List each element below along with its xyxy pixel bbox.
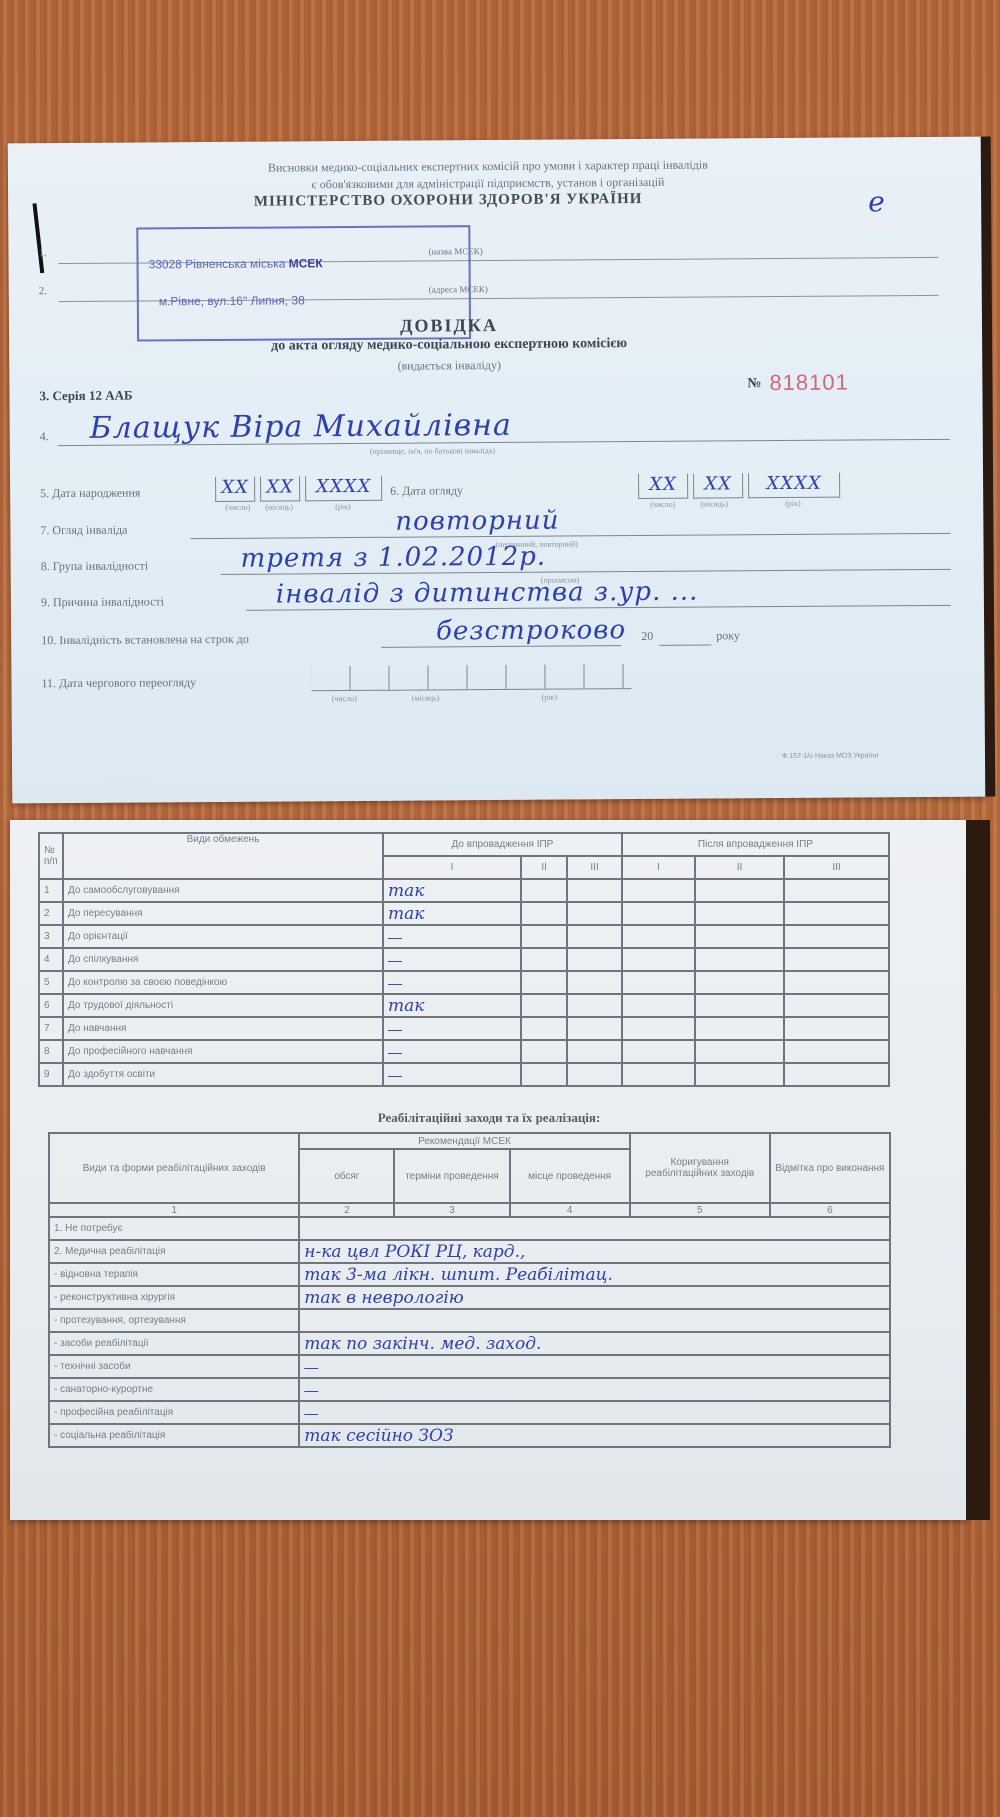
rehab-table: Види та форми реабілітаційних заходів Ре… xyxy=(48,1132,891,1448)
header-before: До впровадження ІПР xyxy=(383,833,622,856)
table-row: - соціальна реабілітаціятак сесійно ЗОЗ xyxy=(49,1424,890,1447)
row-value: — xyxy=(383,1040,521,1063)
table-row: - технічні засоби— xyxy=(49,1355,890,1378)
header-measures: Види та форми реабілітаційних заходів xyxy=(49,1133,299,1203)
degree-header: I xyxy=(622,856,695,879)
row-label: - технічні засоби xyxy=(49,1355,299,1378)
exam-month-box: ХХ xyxy=(693,473,743,498)
table-row: - реконструктивна хірургіятак в невролог… xyxy=(49,1286,890,1309)
row-label: - протезування, ортезування xyxy=(49,1309,299,1332)
caption-month: (місяць) xyxy=(265,502,293,511)
field-caption: (прізвище, ім'я, по батькові інваліда) xyxy=(370,446,495,456)
limitations-table: № п/п Види обмежень До впровадження ІПР … xyxy=(38,832,890,1087)
row-label: До навчання xyxy=(63,1017,383,1040)
row-label: - соціальна реабілітація xyxy=(49,1424,299,1447)
table-row: - відновна терапіятак 3-ма лікн. шпит. Р… xyxy=(49,1263,890,1286)
col-num: 5 xyxy=(630,1203,770,1217)
table-header-row: № п/п Види обмежень До впровадження ІПР … xyxy=(39,833,889,856)
row-value: так xyxy=(383,879,521,902)
header-recommendations: Рекомендації МСЕК xyxy=(299,1133,629,1149)
row-label: До професійного навчання xyxy=(63,1040,383,1063)
row-num: 8 xyxy=(39,1040,63,1063)
table-row: - професійна реабілітація— xyxy=(49,1401,890,1424)
row-value xyxy=(299,1309,890,1332)
year-prefix: 20 xyxy=(641,629,653,644)
caption-month: (місяць) xyxy=(412,693,440,702)
column-number-row: 1 2 3 4 5 6 xyxy=(49,1203,890,1217)
row-value: — xyxy=(299,1355,890,1378)
table-row: 5До контролю за своєю поведінкою— xyxy=(39,971,889,994)
stamp-line-1: 33028 Рівненська міська МСЕК xyxy=(149,256,323,271)
caption-day: (число) xyxy=(225,503,250,512)
handwritten-inspection: повторний xyxy=(395,506,559,537)
row-num: 3 xyxy=(39,925,63,948)
row-value: — xyxy=(299,1401,890,1424)
row-value: н-ка цвл РОКІ РЦ, кард., xyxy=(299,1240,890,1263)
caption-year: (рік) xyxy=(785,499,800,508)
line-number: 2. xyxy=(39,285,47,297)
row-num: 2 xyxy=(39,902,63,925)
row-label: 1. Не потребує xyxy=(49,1217,299,1240)
row-label: - відновна терапія xyxy=(49,1263,299,1286)
row-value: так сесійно ЗОЗ xyxy=(299,1424,890,1447)
birth-year-box: ХХХХ xyxy=(305,476,382,502)
handwritten-term: безстроково xyxy=(436,615,626,646)
sheet-shadow-edge xyxy=(966,820,990,1520)
col-num: 3 xyxy=(394,1203,509,1217)
caption-day: (число) xyxy=(332,694,357,703)
stamp-bold-text: МСЕК xyxy=(289,256,323,270)
field-label: 8. Група інвалідності xyxy=(41,558,149,574)
birth-month-box: ХХ xyxy=(260,476,300,501)
handwritten-group: третя з 1.02.2012р. xyxy=(241,542,547,574)
caption-year: (рік) xyxy=(542,693,557,702)
row-num: 1 xyxy=(39,879,63,902)
col-num: 1 xyxy=(49,1203,299,1217)
row-value: — xyxy=(383,948,521,971)
handwritten-name: Блащук Віра Михайлівна xyxy=(90,408,512,446)
row-value: так в неврологію xyxy=(299,1286,890,1309)
field-label: 11. Дата чергового переогляду xyxy=(41,675,196,691)
row-value: — xyxy=(383,1063,521,1086)
caption-year: (рік) xyxy=(335,502,350,511)
underline xyxy=(190,533,950,539)
table-row: 9До здобуття освіти— xyxy=(39,1063,889,1086)
table-row: 1До самообслуговуваннятак xyxy=(39,879,889,902)
sheet-shadow-edge xyxy=(981,137,996,797)
row-label: До орієнтації xyxy=(63,925,383,948)
row-value: — xyxy=(299,1378,890,1401)
table-row: - санаторно-курортне— xyxy=(49,1378,890,1401)
row-label: До контролю за своєю поведінкою xyxy=(63,971,383,994)
table-row: 7До навчання— xyxy=(39,1017,889,1040)
row-num: 9 xyxy=(39,1063,63,1086)
table-row: 4До спілкування— xyxy=(39,948,889,971)
field-label: 9. Причина інвалідності xyxy=(41,594,164,610)
table-row: 6До трудової діяльностітак xyxy=(39,994,889,1017)
field-label: 7. Огляд інваліда xyxy=(40,523,127,539)
exam-year-box: ХХХХ xyxy=(748,473,840,499)
row-label: 2. Медична реабілітація xyxy=(49,1240,299,1263)
row-label: - реконструктивна хірургія xyxy=(49,1286,299,1309)
form-code: Ф.157-1/о Наказ МОЗ України xyxy=(782,752,878,760)
birth-date-label: 5. Дата народження xyxy=(40,485,140,501)
stamp-text: 33028 Рівненська міська xyxy=(149,256,289,271)
row-value: так по закінч. мед. заход. xyxy=(299,1332,890,1355)
field-name: 4. Блащук Віра Михайлівна (прізвище, ім'… xyxy=(40,415,950,461)
caption-month: (місяць) xyxy=(700,499,728,508)
table-row: 2До пересуваннятак xyxy=(39,902,889,925)
col-num: 6 xyxy=(770,1203,890,1217)
table-header-row: Види та форми реабілітаційних заходів Ре… xyxy=(49,1133,890,1149)
row-label: - санаторно-курортне xyxy=(49,1378,299,1401)
table-row: 1. Не потребує xyxy=(49,1217,890,1240)
rehab-section-title: Реабілітаційні заходи та їх реалізація: xyxy=(10,1110,968,1126)
row-label: - засоби реабілітації xyxy=(49,1332,299,1355)
table-row: 3До орієнтації— xyxy=(39,925,889,948)
header-kind: Види обмежень xyxy=(63,833,383,879)
field-label: 4. xyxy=(40,429,49,444)
degree-header: I xyxy=(383,856,521,879)
table-row: 2. Медична реабілітаціян-ка цвл РОКІ РЦ,… xyxy=(49,1240,890,1263)
row-label: До спілкування xyxy=(63,948,383,971)
exam-day-box: ХХ xyxy=(638,474,688,499)
row-label: - професійна реабілітація xyxy=(49,1401,299,1424)
year-suffix: року xyxy=(716,628,740,643)
header-corrected: Коригування реабілітаційних заходів xyxy=(630,1133,770,1203)
header-place: місце проведення xyxy=(510,1149,630,1203)
next-review-boxes xyxy=(311,664,631,691)
row-label: До трудової діяльності xyxy=(63,994,383,1017)
row-label: До здобуття освіти xyxy=(63,1063,383,1086)
row-value: так xyxy=(383,902,521,925)
table-row: 8До професійного навчання— xyxy=(39,1040,889,1063)
certificate-top-sheet: Висновки медико-соціальних експертних ко… xyxy=(8,137,988,804)
number-label: № xyxy=(747,376,761,392)
row-num: 4 xyxy=(39,948,63,971)
header-mark: Відмітка про виконання xyxy=(770,1133,890,1203)
row-value: — xyxy=(383,1017,521,1040)
row-label: До самообслуговування xyxy=(63,879,383,902)
document-note: (видається інваліду) xyxy=(9,355,889,376)
header-num: № п/п xyxy=(39,833,63,879)
handwritten-cause: інвалід з дитинства з.ур. ... xyxy=(276,577,699,610)
degree-header: II xyxy=(695,856,784,879)
degree-header: III xyxy=(784,856,889,879)
row-value: так xyxy=(383,994,521,1017)
certificate-bottom-sheet: № п/п Види обмежень До впровадження ІПР … xyxy=(10,820,968,1520)
exam-date-label: 6. Дата огляду xyxy=(390,483,463,499)
degree-header: II xyxy=(521,856,567,879)
table-row: - засоби реабілітаціїтак по закінч. мед.… xyxy=(49,1332,890,1355)
line-number: 1. xyxy=(38,247,46,259)
row-value: так 3-ма лікн. шпит. Реабілітац. xyxy=(299,1263,890,1286)
header-after: Після впровадження ІПР xyxy=(622,833,889,856)
row-value: — xyxy=(383,925,521,948)
row-num: 5 xyxy=(39,971,63,994)
header-volume: обсяг xyxy=(299,1149,394,1203)
handwritten-corner-mark: е xyxy=(868,185,886,218)
stamp-line-2: м.Рівне, вул.16" Липня, 38 xyxy=(159,293,305,308)
row-value: — xyxy=(383,971,521,994)
field-next-review: 11. Дата чергового переогляду (число) (м… xyxy=(41,662,951,706)
col-num: 2 xyxy=(299,1203,394,1217)
caption-day: (число) xyxy=(650,500,675,509)
row-num: 6 xyxy=(39,994,63,1017)
row-value xyxy=(299,1217,890,1240)
degree-header: III xyxy=(567,856,622,879)
year-underline xyxy=(659,645,711,646)
row-num: 7 xyxy=(39,1017,63,1040)
field-term: 10. Інвалідність встановлена на строк до… xyxy=(41,619,951,663)
document-number: 818101 xyxy=(769,370,849,397)
birth-day-box: ХХ xyxy=(215,477,255,502)
header-term: терміни проведення xyxy=(394,1149,509,1203)
field-label: 10. Інвалідність встановлена на строк до xyxy=(41,632,249,648)
row-label: До пересування xyxy=(63,902,383,925)
serial-label: 3. Серія 12 ААБ xyxy=(39,388,132,405)
table-row: - протезування, ортезування xyxy=(49,1309,890,1332)
col-num: 4 xyxy=(510,1203,630,1217)
